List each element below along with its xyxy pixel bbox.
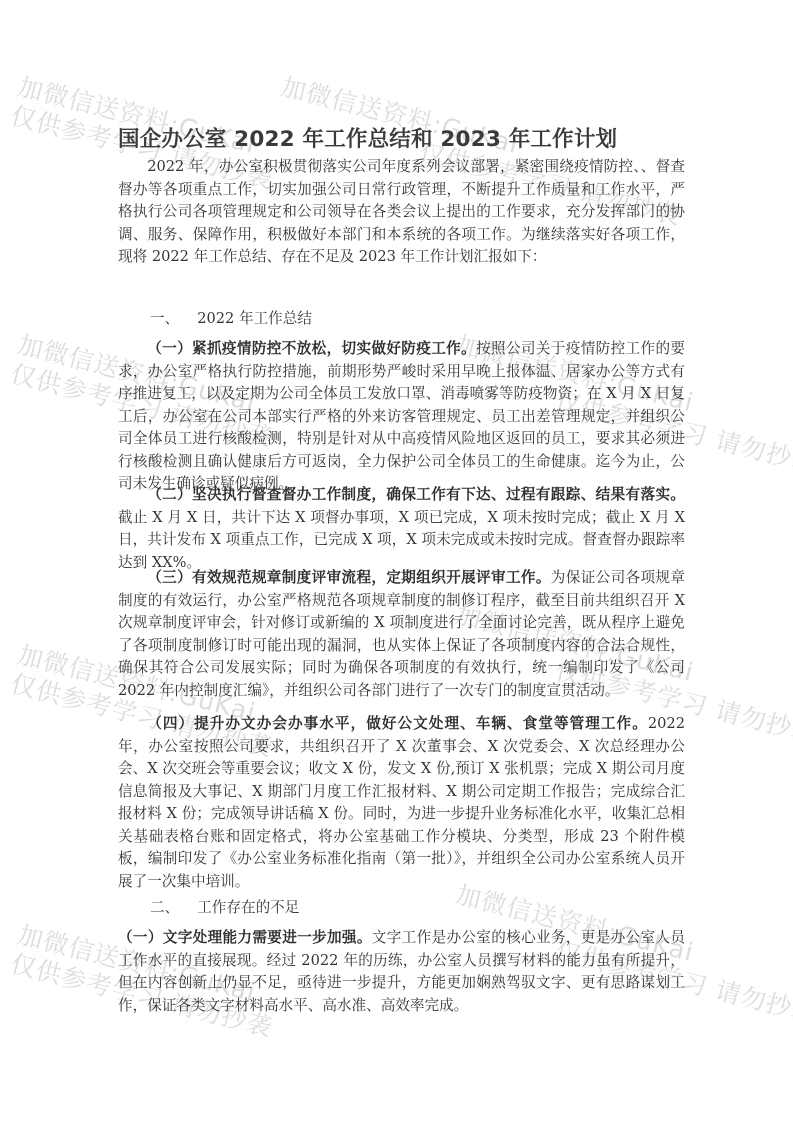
item-lead: （一）紧抓疫情防控不放松，切实做好防疫工作。 xyxy=(147,340,476,357)
section-2-heading: 二、工作存在的不足 xyxy=(150,896,299,917)
item-body: 按照公司关于疫情防控工作的要求，办公室严格执行防控措施，前期形势严峻时采用早晚上… xyxy=(118,340,685,492)
item-lead: （一）文字处理能力需要进一步加强。 xyxy=(118,929,372,946)
section-1-item-2: （二）坚决执行督查督办工作制度，确保工作有下达、过程有跟踪、结果有落实。截止 X… xyxy=(118,484,685,574)
item-body: 为保证公司各项规章制度的有效运行，办公室严格规范各项规章制度的制修订程序，截至目… xyxy=(118,569,685,699)
section-2-number: 二、 xyxy=(150,899,179,916)
section-1-item-4: （四）提升办文办会办事水平，做好公文处理、车辆、食堂等管理工作。2022 年，办… xyxy=(118,713,685,893)
section-1-title: 2022 年工作总结 xyxy=(197,310,312,327)
document-title: 国企办公室 2022 年工作总结和 2023 年工作计划 xyxy=(118,122,698,153)
section-1-item-3: （三）有效规范规章制度评审流程，定期组织开展评审工作。为保证公司各项规章制度的有… xyxy=(118,567,685,702)
item-body: 截止 X 月 X 日，共计下达 X 项督办事项，X 项已完成，X 项未按时完成；… xyxy=(118,509,685,571)
section-1-item-1: （一）紧抓疫情防控不放松，切实做好防疫工作。按照公司关于疫情防控工作的要求，办公… xyxy=(118,338,685,496)
item-lead: （三）有效规范规章制度评审流程，定期组织开展评审工作。 xyxy=(147,569,551,586)
item-lead: （二）坚决执行督查督办工作制度，确保工作有下达、过程有跟踪、结果有落实。 xyxy=(147,486,685,503)
section-2-title: 工作存在的不足 xyxy=(197,899,299,916)
item-lead: （四）提升办文办会办事水平，做好公文处理、车辆、食堂等管理工作。 xyxy=(147,715,648,732)
intro-paragraph: 2022 年，办公室积极贯彻落实公司年度系列会议部署，紧密围绕疫情防控、、督查督… xyxy=(118,156,685,269)
item-body: 2022 年，办公室按照公司要求，共组织召开了 X 次董事会、X 次党委会、X … xyxy=(118,715,685,890)
section-2-item-1: （一）文字处理能力需要进一步加强。文字工作是办公室的核心业务，更是办公室人员工作… xyxy=(118,927,685,1017)
section-1-number: 一、 xyxy=(150,310,179,327)
section-1-heading: 一、2022 年工作总结 xyxy=(150,307,312,328)
document-page: 国企办公室 2022 年工作总结和 2023 年工作计划 2022 年，办公室积… xyxy=(0,0,793,1122)
